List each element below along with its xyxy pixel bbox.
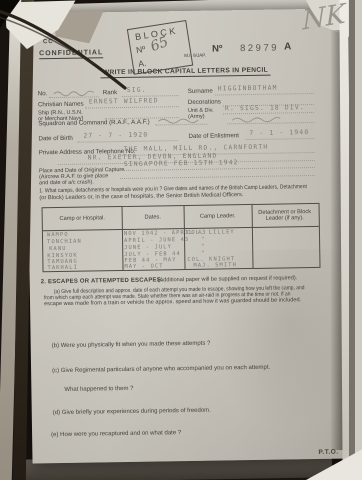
document-photo: CC CONFIDENTIAL BLOCK Nº A. 65 M.I. 9/JA… xyxy=(0,0,362,480)
binding-cord xyxy=(0,0,362,480)
